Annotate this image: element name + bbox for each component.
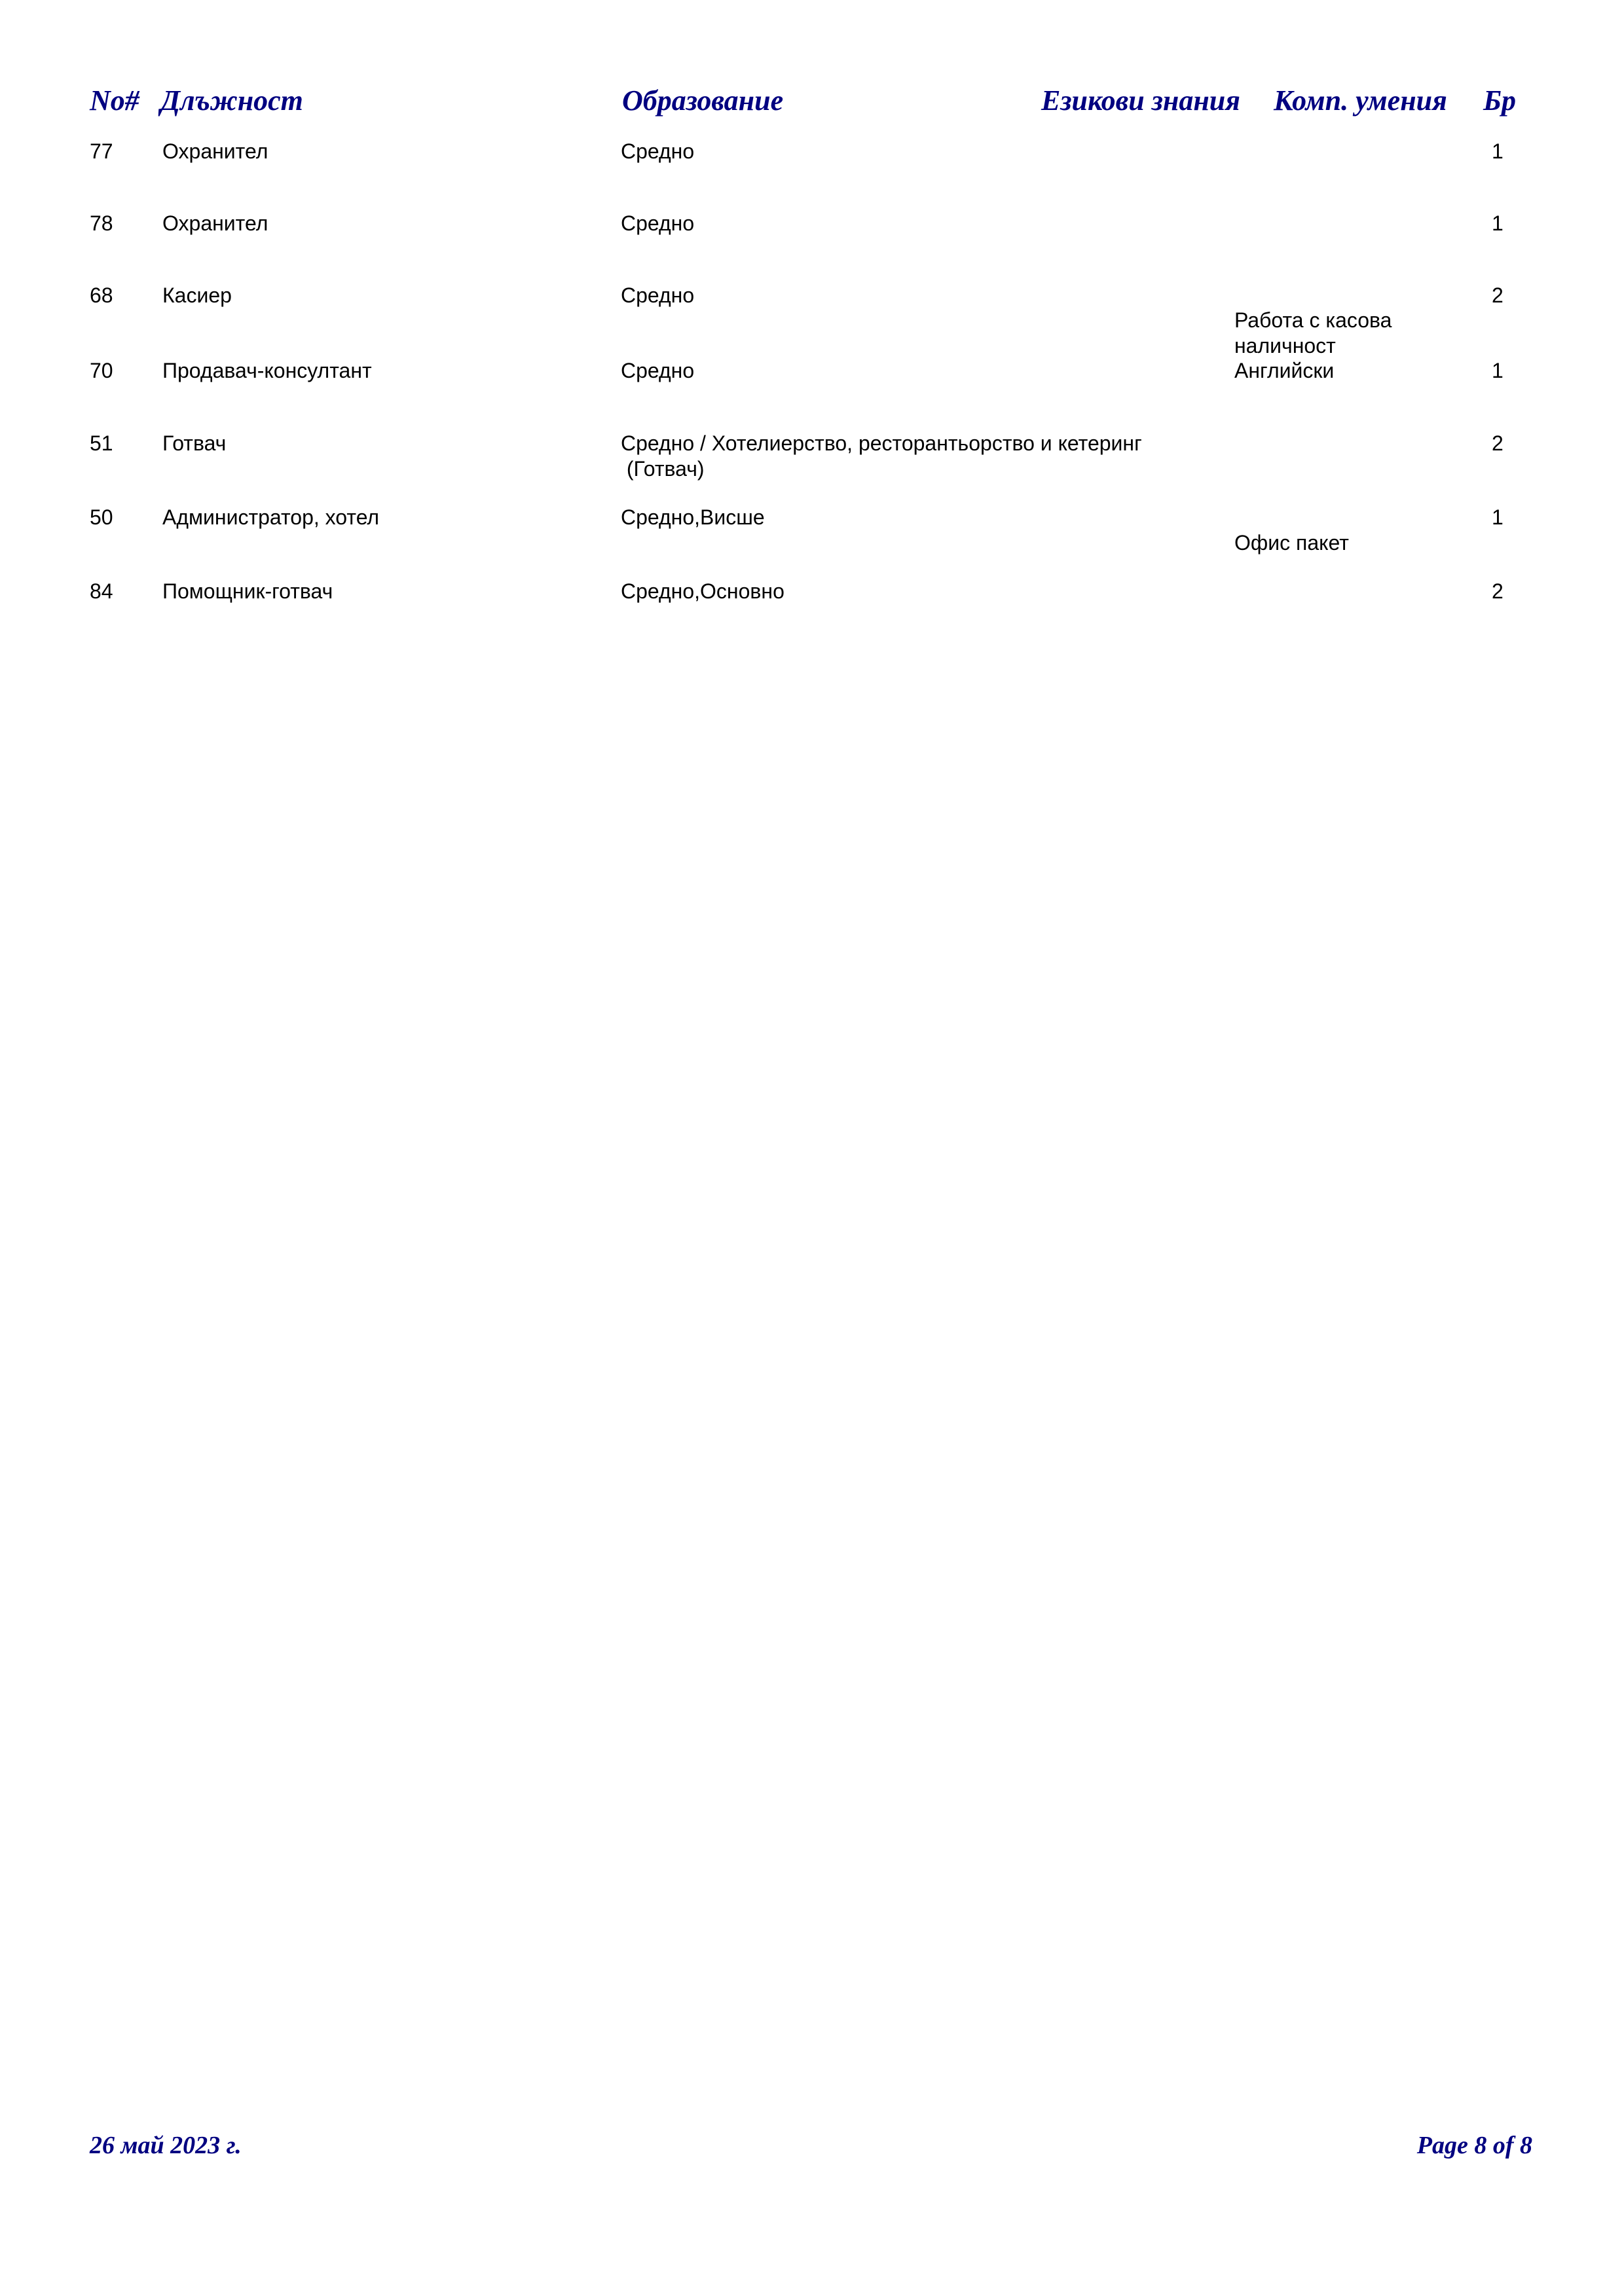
row-computer-skills: Офис пакет [1234, 530, 1349, 555]
row-position: Продавач-консултант [162, 358, 372, 383]
row-no: 51 [90, 431, 113, 456]
row-count: 1 [1492, 139, 1504, 164]
row-computer-skills-cont: наличност [1234, 333, 1336, 358]
row-count: 1 [1492, 358, 1504, 383]
row-position: Охранител [162, 139, 268, 164]
row-education: Средно,Висше [621, 505, 765, 530]
row-position: Помощник-готвач [162, 579, 333, 604]
row-no: 84 [90, 579, 113, 604]
row-count: 1 [1492, 505, 1504, 530]
row-count: 1 [1492, 211, 1504, 236]
row-education: Средно [621, 139, 694, 164]
header-count: Бр [1483, 84, 1516, 117]
row-education-cont: (Готвач) [621, 456, 705, 481]
row-no: 78 [90, 211, 113, 236]
row-count: 2 [1492, 283, 1504, 308]
header-education: Образование [622, 84, 783, 117]
row-position: Касиер [162, 283, 232, 308]
row-education: Средно [621, 358, 694, 383]
row-no: 77 [90, 139, 113, 164]
row-education: Средно / Хотелиерство, ресторантьорство … [621, 431, 1142, 456]
row-position: Охранител [162, 211, 268, 236]
row-no: 70 [90, 358, 113, 383]
row-languages: Английски [1234, 358, 1334, 383]
row-no: 68 [90, 283, 113, 308]
row-count: 2 [1492, 579, 1504, 604]
row-no: 50 [90, 505, 113, 530]
footer-page-number: Page 8 of 8 [1417, 2131, 1532, 2160]
footer-date: 26 май 2023 г. [90, 2131, 242, 2160]
row-position: Готвач [162, 431, 226, 456]
header-computer-skills: Комп. умения [1274, 84, 1447, 117]
row-education: Средно [621, 211, 694, 236]
header-languages: Езикови знания [1041, 84, 1240, 117]
header-position: Длъжност [160, 84, 303, 117]
row-count: 2 [1492, 431, 1504, 456]
row-position: Администратор, хотел [162, 505, 379, 530]
header-no: No# [90, 84, 139, 117]
row-computer-skills: Работа с касова [1234, 308, 1392, 333]
row-education: Средно [621, 283, 694, 308]
row-education: Средно,Основно [621, 579, 784, 604]
